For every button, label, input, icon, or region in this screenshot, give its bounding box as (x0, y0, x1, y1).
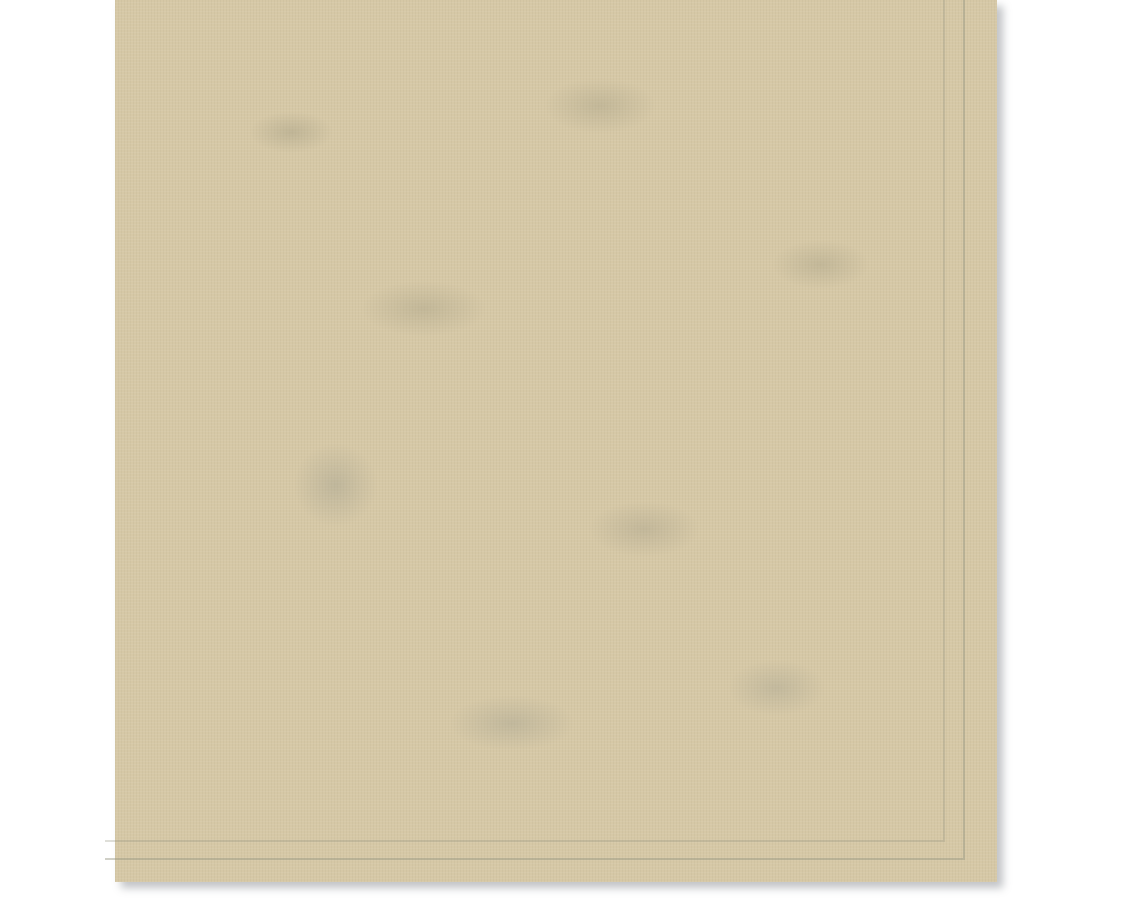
rug-inner-border-line (105, 0, 945, 842)
rug (115, 0, 997, 882)
